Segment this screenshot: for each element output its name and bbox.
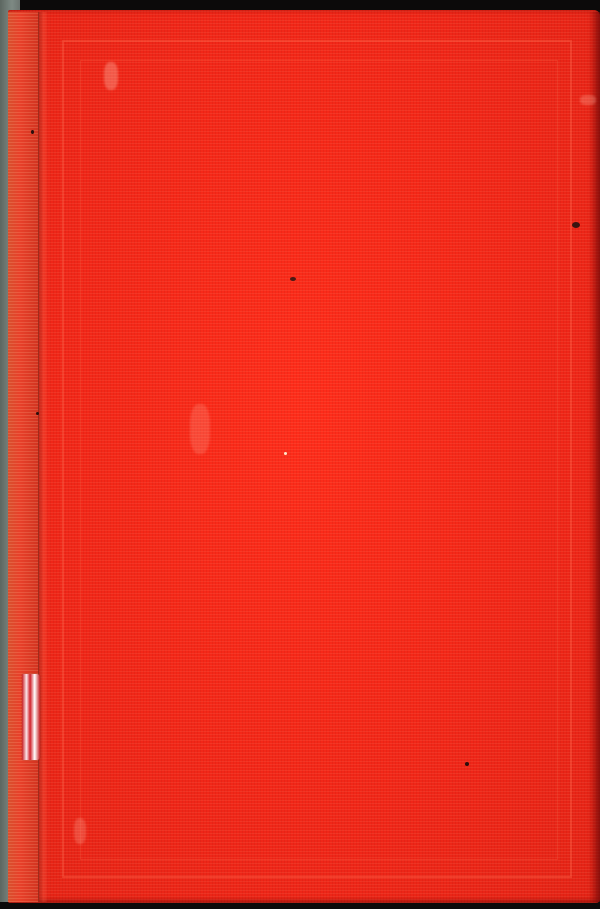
scuff-mark [74,818,86,844]
scuff-mark [580,95,596,105]
dark-speck [31,130,34,134]
scuff-mark [104,62,118,90]
background-bottom [0,902,600,909]
dark-speck [36,412,39,415]
spine-label [22,674,40,760]
dark-speck [465,762,469,766]
cover-right-edge [588,12,600,902]
dark-speck [290,277,296,281]
dark-speck [572,222,580,228]
book-spine [8,12,39,902]
blind-stamp-border-inner [80,60,558,860]
light-speck [284,452,287,455]
spine-hinge [38,12,48,902]
scuff-mark [190,404,210,454]
